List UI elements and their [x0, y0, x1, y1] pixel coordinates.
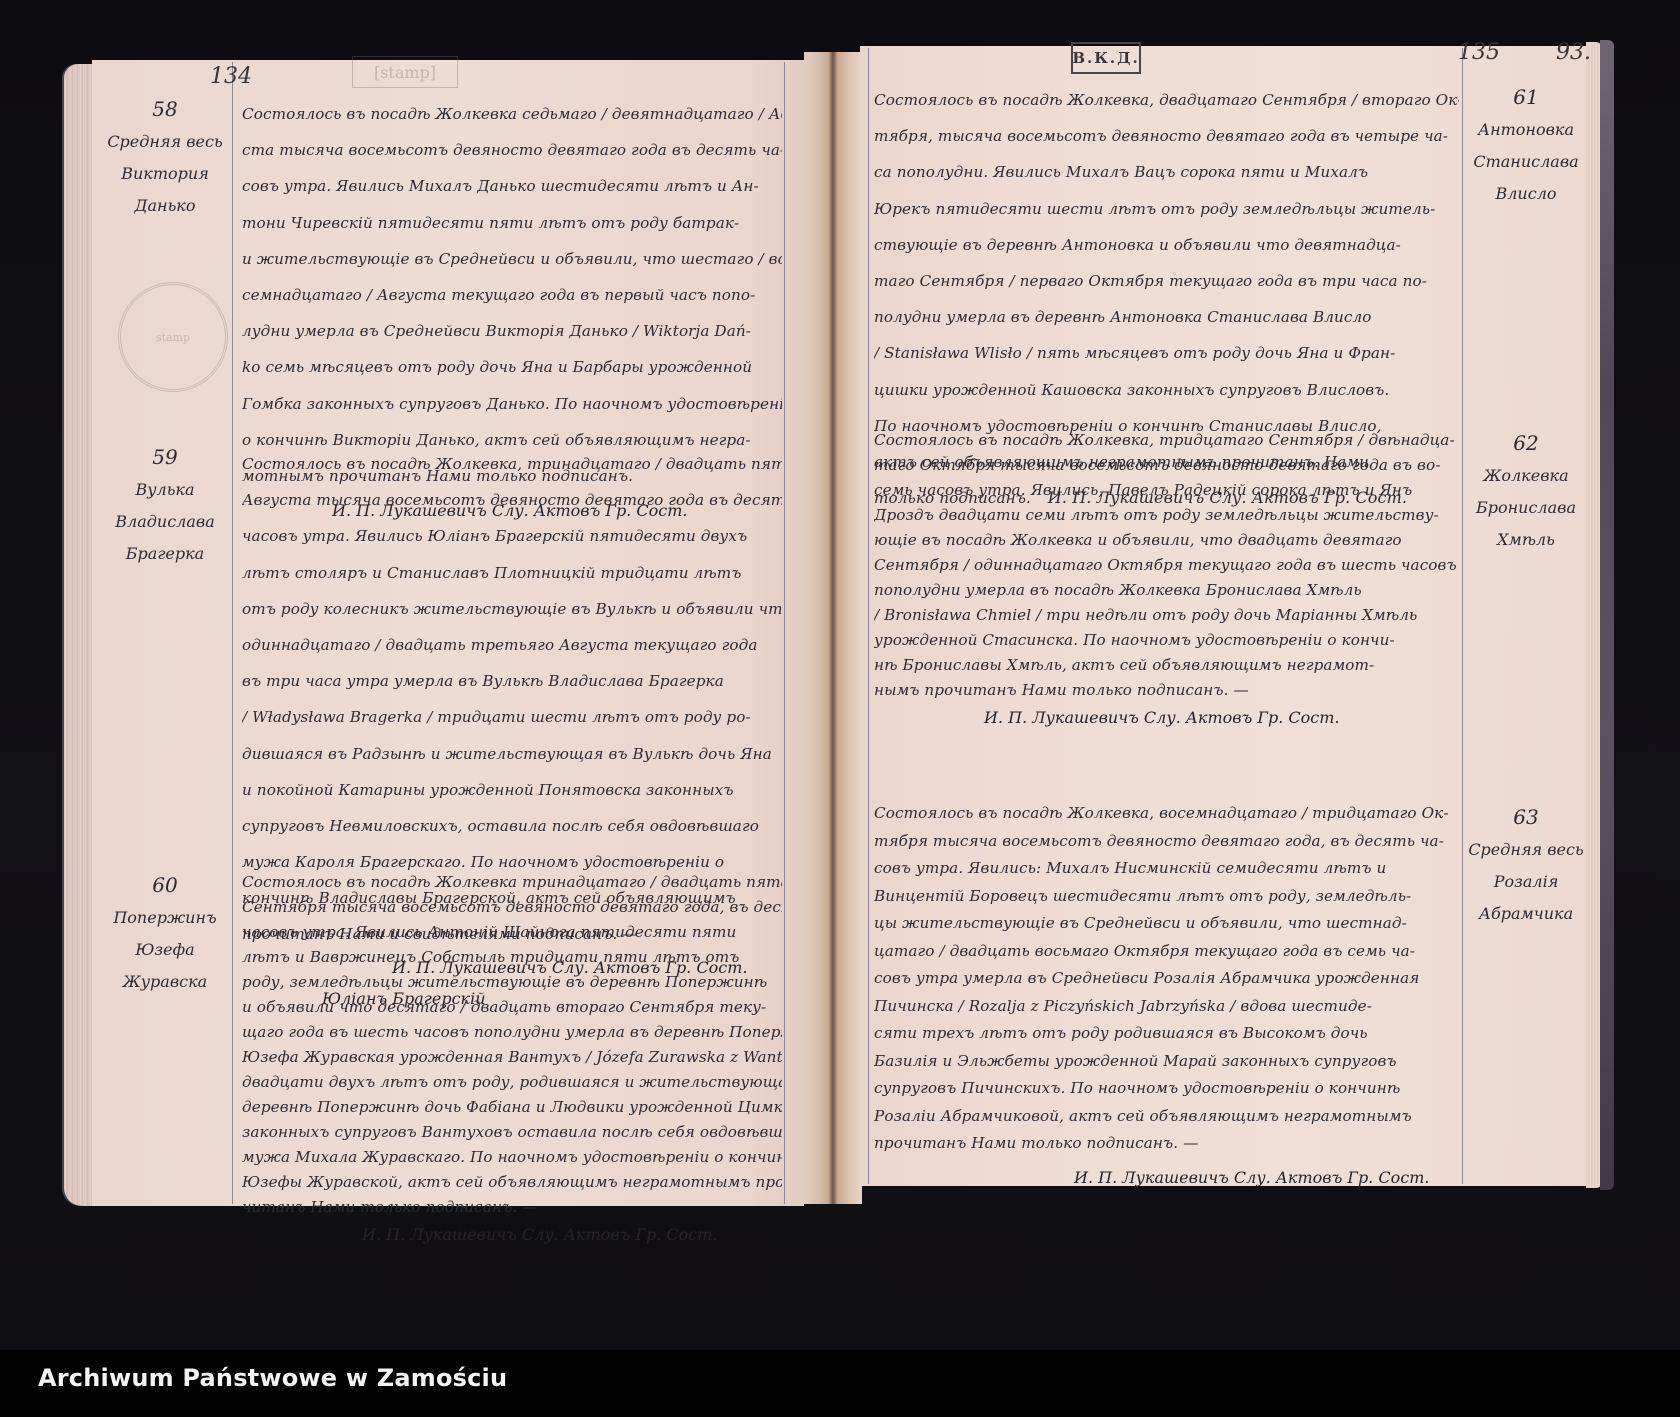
first-name: Виктория	[100, 158, 230, 190]
entry-line: Пичинска / Rozalja z Piczyńskich Jabrzyń…	[874, 993, 1459, 1021]
registrar-signature: И. П. Лукашевичъ Слу. Актовъ Гр. Сост.	[242, 1220, 782, 1250]
entry-line: Состоялось въ посадѣ Жолкевка, двадцатаг…	[874, 82, 1459, 118]
entry-line: Состоялось въ посадѣ Жолкевка, тринадцат…	[242, 446, 782, 482]
entry-line: Юзефы Журавской, актъ сей объявляющимъ н…	[242, 1170, 782, 1195]
archive-name: Archiwum Państwowe w Zamościu	[38, 1364, 507, 1392]
entry-line: читанъ Нами только подписанъ. —	[242, 1195, 782, 1220]
entry-line: Сентября тысяча восемьсотъ девяносто дев…	[242, 895, 782, 920]
registrar-signature: И. П. Лукашевичъ Слу. Актовъ Гр. Сост.	[874, 1158, 1459, 1198]
entry-line: Состоялось въ посадѣ Жолкевка седьмаго /…	[242, 96, 782, 132]
entry-line: ста тысяча восемьсотъ девяносто девятаго…	[242, 132, 782, 168]
entry-line: Базилія и Эльжбеты урожденной Марай зако…	[874, 1048, 1459, 1076]
entry-60-margin: 60 Попержинъ Юзефа Журавска	[100, 868, 230, 998]
entry-line: / Stanisława Wlisło / пять мѣсяцевъ отъ …	[874, 335, 1459, 371]
entry-line: ko семь мѣсяцевъ отъ роду дочь Яна и Бар…	[242, 349, 782, 385]
entry-line: совъ утра. Явились Михалъ Данько шестиде…	[242, 168, 782, 204]
entry-number: 59	[100, 440, 230, 474]
entry-line: цы жительствующіе въ Среднейвси и объяви…	[874, 910, 1459, 938]
round-stamp-text: stamp	[156, 331, 190, 344]
entry-line: Состоялось въ посадѣ Жолкевка, восемнадц…	[874, 800, 1459, 828]
entry-59-margin: 59 Вулька Владислава Брагерка	[100, 440, 230, 570]
entry-line: Гомбка законныхъ супруговъ Данько. По на…	[242, 386, 782, 422]
surname: Журавска	[100, 966, 230, 998]
first-name: Бронислава	[1466, 492, 1586, 524]
folio-number: 93.	[1556, 40, 1591, 65]
first-name: Юзефа	[100, 934, 230, 966]
right-page-number: 135	[1458, 40, 1500, 65]
entry-line: законныхъ супруговъ Вантуховъ оставила п…	[242, 1120, 782, 1145]
entry-number: 62	[1466, 426, 1586, 460]
entry-line: Состоялось въ посадѣ Жолкевка, тридцатаг…	[874, 428, 1459, 453]
entry-line: нѣ Брониславы Хмѣль, актъ сей объявляющи…	[874, 653, 1459, 678]
entry-line: лѣтъ и Вавржинецъ Собстыль тридцати пяти…	[242, 945, 782, 970]
surname: Данько	[100, 190, 230, 222]
first-name: Станислава	[1466, 146, 1586, 178]
entry-63-margin: 63 Средняя весь Розалія Абрамчика	[1466, 800, 1586, 930]
entry-line: часовъ утра. Явились Антоній Шайнога пят…	[242, 920, 782, 945]
entry-61-margin: 61 Антоновка Станислава Влисло	[1466, 80, 1586, 210]
entry-line: отъ роду колесникъ жительствующіе въ Вул…	[242, 591, 782, 627]
round-seal-stamp: stamp	[118, 282, 228, 392]
entry-line: и объявили что десятаго / двадцать втора…	[242, 995, 782, 1020]
first-name: Розалія	[1466, 866, 1586, 898]
entry-line: таго Октября тысяча восемьсотъ девяносто…	[874, 453, 1459, 478]
entry-line: урожденной Стасинска. По наочномъ удосто…	[874, 628, 1459, 653]
book-spine-gutter	[804, 52, 862, 1204]
left-margin-rule	[232, 62, 233, 1204]
entry-line: са пополудни. Явились Михалъ Вацъ сорока…	[874, 154, 1459, 190]
entry-line: сяти трехъ лѣтъ отъ роду родившаяся въ В…	[874, 1020, 1459, 1048]
entry-line: супруговъ Пичинскихъ. По наочномъ удосто…	[874, 1075, 1459, 1103]
entry-line: Состоялось въ посадѣ Жолкевка тринадцата…	[242, 870, 782, 895]
entry-58-margin: 58 Средняя весь Виктория Данько	[100, 92, 230, 222]
right-body-left-rule	[868, 48, 869, 1184]
entry-line: нымъ прочитанъ Нами только подписанъ. —	[874, 678, 1459, 703]
village-name: Антоновка	[1466, 114, 1586, 146]
entry-line: полудни умерла въ деревнѣ Антоновка Стан…	[874, 299, 1459, 335]
entry-line: Сентября / одиннадцатаго Октября текущаг…	[874, 553, 1459, 578]
entry-line: цатаго / двадцать восьмаго Октября текущ…	[874, 938, 1459, 966]
first-name: Владислава	[100, 506, 230, 538]
entry-line: лѣтъ столяръ и Станиславъ Плотницкій три…	[242, 555, 782, 591]
entry-line: тони Чиревскій пятидесяти пяти лѣтъ отъ …	[242, 205, 782, 241]
entry-line: деревнѣ Попержинѣ дочь Фабіана и Людвики…	[242, 1095, 782, 1120]
entry-line: часовъ утра. Явились Юліанъ Брагерскій п…	[242, 518, 782, 554]
entry-number: 63	[1466, 800, 1586, 834]
registrar-signature: И. П. Лукашевичъ Слу. Актовъ Гр. Сост.	[874, 703, 1459, 733]
right-margin-rule	[1462, 48, 1463, 1184]
entry-line: и покойной Катарины урожденной Понятовск…	[242, 772, 782, 808]
entry-line: пополудни умерла въ посадѣ Жолкевка Брон…	[874, 578, 1459, 603]
entry-line: ствующіе въ деревнѣ Антоновка и объявили…	[874, 227, 1459, 263]
entry-line: совъ утра. Явились: Михалъ Нисминскій се…	[874, 855, 1459, 883]
entry-62-margin: 62 Жолкевка Бронислава Хмѣль	[1466, 426, 1586, 556]
entry-line: Юрекъ пятидесяти шести лѣтъ отъ роду зем…	[874, 191, 1459, 227]
entry-line: семнадцатаго / Августа текущаго года въ …	[242, 277, 782, 313]
entry-line: Юзефа Журавская урожденная Вантухъ / Józ…	[242, 1045, 782, 1070]
village-name: Жолкевка	[1466, 460, 1586, 492]
faded-stamp-text: [stamp]	[374, 63, 436, 82]
entry-line: и жительствующіе въ Среднейвси и объявил…	[242, 241, 782, 277]
entry-line: въ три часа утра умерла въ Вулькѣ Владис…	[242, 663, 782, 699]
faded-rect-stamp: [stamp]	[352, 56, 458, 88]
entry-line: цишки урожденной Кашовска законныхъ супр…	[874, 372, 1459, 408]
entry-60-body: Состоялось въ посадѣ Жолкевка тринадцата…	[242, 870, 782, 1250]
left-body-right-rule	[784, 62, 785, 1204]
entry-line: мужа Михала Журавскаго. По наочномъ удос…	[242, 1145, 782, 1170]
entry-number: 60	[100, 868, 230, 902]
entry-line: таго Сентября / перваго Октября текущаго…	[874, 263, 1459, 299]
entry-line: / Bronisława Chmiel / три недѣли отъ род…	[874, 603, 1459, 628]
entry-line: супруговъ Невмиловскихъ, оставила послѣ …	[242, 808, 782, 844]
right-book-cover-edge	[1600, 40, 1614, 1190]
entry-line: одиннадцатаго / двадцать третьяго Август…	[242, 627, 782, 663]
entry-line: Розаліи Абрамчиковой, актъ сей объявляющ…	[874, 1103, 1459, 1131]
surname: Хмѣль	[1466, 524, 1586, 556]
entry-line: Винцентій Боровецъ шестидесяти лѣтъ отъ …	[874, 883, 1459, 911]
entry-number: 61	[1466, 80, 1586, 114]
entry-line: Августа тысяча восемьсотъ девяносто девя…	[242, 482, 782, 518]
entry-line: лудни умерла въ Среднейвси Викторія Дань…	[242, 313, 782, 349]
surname: Абрамчика	[1466, 898, 1586, 930]
entry-line: ющіе въ посадѣ Жолкевка и объявили, что …	[874, 528, 1459, 553]
entry-line: совъ утра умерла въ Среднейвси Розалія А…	[874, 965, 1459, 993]
entry-line: тября тысяча восемьсотъ девяносто девята…	[874, 828, 1459, 856]
entry-line: тября, тысяча восемьсотъ девяносто девят…	[874, 118, 1459, 154]
village-name: Вулька	[100, 474, 230, 506]
entry-line: прочитанъ Нами только подписанъ. —	[874, 1130, 1459, 1158]
entry-line: семь часовъ утра. Явились, Павелъ Радецк…	[874, 478, 1459, 503]
village-name: Попержинъ	[100, 902, 230, 934]
village-name: Средняя весь	[1466, 834, 1586, 866]
entry-line: дившаяся въ Радзынѣ и жительствующая въ …	[242, 736, 782, 772]
entry-62-body: Состоялось въ посадѣ Жолкевка, тридцатаг…	[874, 428, 1459, 733]
entry-line: Дроздъ двадцати семи лѣтъ отъ роду земле…	[874, 503, 1459, 528]
entry-63-body: Состоялось въ посадѣ Жолкевка, восемнадц…	[874, 800, 1459, 1198]
surname: Брагерка	[100, 538, 230, 570]
vkd-rect-stamp: В.К.Д.	[1071, 42, 1141, 74]
entry-number: 58	[100, 92, 230, 126]
vkd-stamp-text: В.К.Д.	[1072, 49, 1139, 67]
entry-line: роду, земледѣльцы жительствующіе въ дере…	[242, 970, 782, 995]
entry-line: щаго года въ шесть часовъ пополудни умер…	[242, 1020, 782, 1045]
entry-line: / Władysława Bragerka / тридцати шести л…	[242, 699, 782, 735]
surname: Влисло	[1466, 178, 1586, 210]
left-page-number: 134	[210, 64, 252, 89]
entry-line: двадцати двухъ лѣтъ отъ роду, родившаяся…	[242, 1070, 782, 1095]
village-name: Средняя весь	[100, 126, 230, 158]
